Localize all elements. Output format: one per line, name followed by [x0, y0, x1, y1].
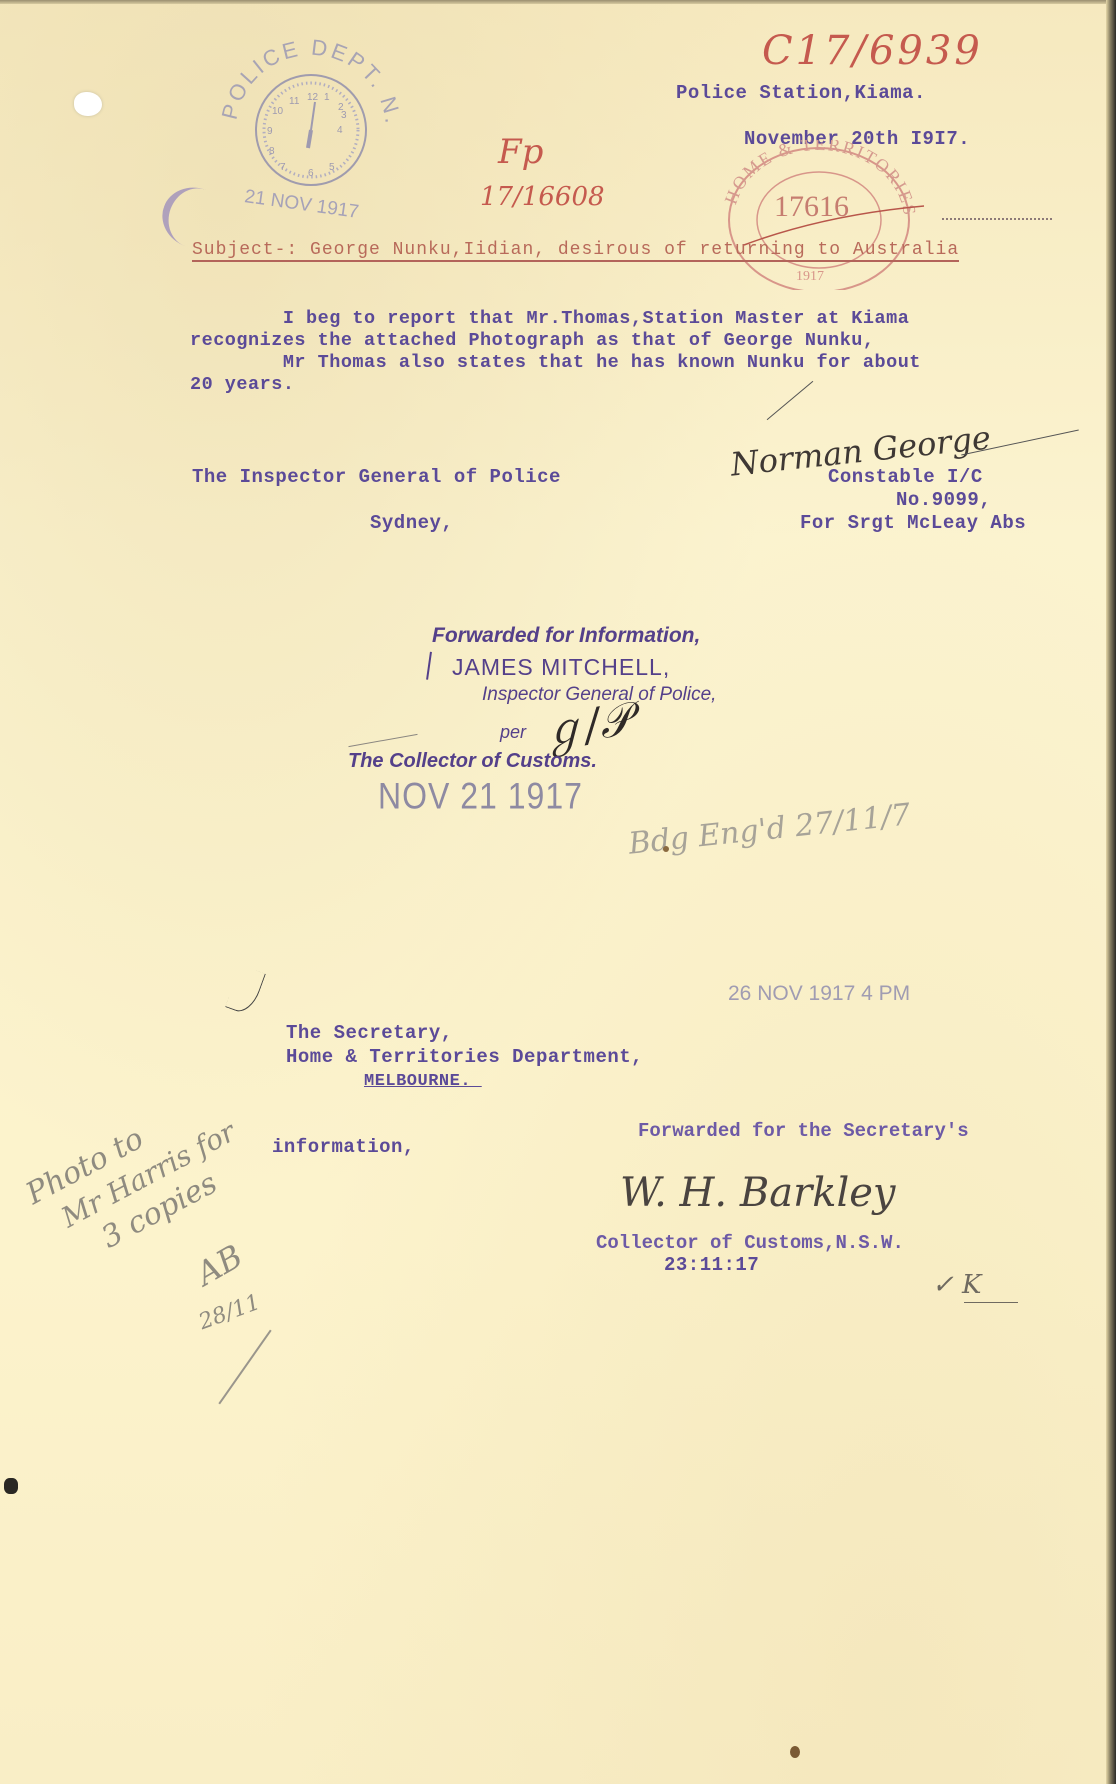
collector-date: 23:11:17 [664, 1254, 759, 1276]
svg-text:2: 2 [338, 102, 344, 113]
svg-text:5: 5 [329, 162, 335, 173]
svg-text:4: 4 [337, 125, 343, 136]
forward-to-city: MELBOURNE._ [364, 1072, 482, 1091]
pencil-slash [218, 1330, 271, 1405]
red-initials: Fp [498, 132, 543, 172]
svg-text:12: 12 [307, 92, 319, 103]
svg-text:6: 6 [308, 168, 314, 179]
punch-hole [74, 92, 102, 116]
svg-text:1: 1 [324, 92, 330, 103]
home-territories-stamp: HOME & TERRITORIES 17616 1917 [704, 140, 934, 290]
pencil-stroke [348, 734, 417, 747]
stamp-bracket [426, 652, 436, 681]
forwarded-stamp-name: JAMES MITCHELL, [452, 654, 670, 681]
addressee-title: The Inspector General of Police [192, 466, 561, 488]
svg-text:7: 7 [280, 162, 286, 173]
forward-to-line2: Home & Territories Department, [286, 1046, 643, 1068]
check-mark-icon [225, 965, 266, 1017]
pencil-date: 28/11 [196, 1290, 264, 1335]
received-stamp-icon: HOME & TERRITORIES 17616 1917 [704, 140, 934, 290]
svg-text:8: 8 [269, 146, 275, 157]
initials-underline [964, 1302, 1018, 1303]
svg-text:11: 11 [289, 96, 300, 107]
file-reference: C17/6939 [762, 28, 983, 74]
constable-for: For Srgt McLeay Abs [800, 512, 1026, 534]
body-line: Mr Thomas also states that he has known … [190, 352, 921, 374]
paper-stain [663, 846, 669, 852]
page-right-edge [1106, 0, 1116, 1784]
forwarded-stamp-per: per [500, 722, 526, 743]
body-line: recognizes the attached Photograph as th… [190, 330, 921, 352]
pencil-note-middle: Bdg Eng'd 27/11/7 [627, 797, 912, 861]
received-date-stamp: 26 NOV 1917 4 PM [728, 982, 910, 1006]
pencil-initials: AB [190, 1237, 249, 1293]
red-reference-number: 17/16608 [480, 182, 605, 212]
paper-stain [790, 1746, 800, 1758]
addressee-city: Sydney, [370, 512, 453, 534]
constable-number: No.9099, [896, 489, 991, 511]
svg-text:10: 10 [272, 106, 284, 117]
page-top-edge [0, 0, 1116, 4]
svg-text:POLICE DEPT. N.S.W.: POLICE DEPT. N.S.W. [196, 30, 406, 127]
subject-line: Subject-: George Nunku,Iidian, desirous … [192, 240, 959, 262]
station-name: Police Station,Kiama. [676, 82, 926, 104]
forwarded-stamp-collector: The Collector of Customs. [348, 750, 597, 773]
dotted-leader [942, 218, 1052, 220]
tick-initials: ✓ K [932, 1270, 981, 1300]
svg-text:1917: 1917 [796, 269, 824, 284]
collector-title: Collector of Customs,N.S.W. [596, 1232, 904, 1254]
pencil-note-left: Photo to Mr Harris for 3 copies [20, 1058, 302, 1279]
body-line: 20 years. [190, 374, 921, 396]
forward-to-line1: The Secretary, [286, 1022, 453, 1044]
forward-note-right: Forwarded for the Secretary's [638, 1120, 969, 1142]
collector-signature: W. H. Barkley [620, 1170, 896, 1216]
forwarded-stamp-date: NOV 21 1917 [378, 775, 583, 818]
svg-text:9: 9 [267, 126, 273, 137]
constable-title: Constable I/C [828, 466, 983, 488]
forwarded-stamp-line1: Forwarded for Information, [432, 624, 700, 648]
ink-spot [4, 1478, 18, 1494]
body-line: I beg to report that Mr.Thomas,Station M… [190, 308, 921, 330]
